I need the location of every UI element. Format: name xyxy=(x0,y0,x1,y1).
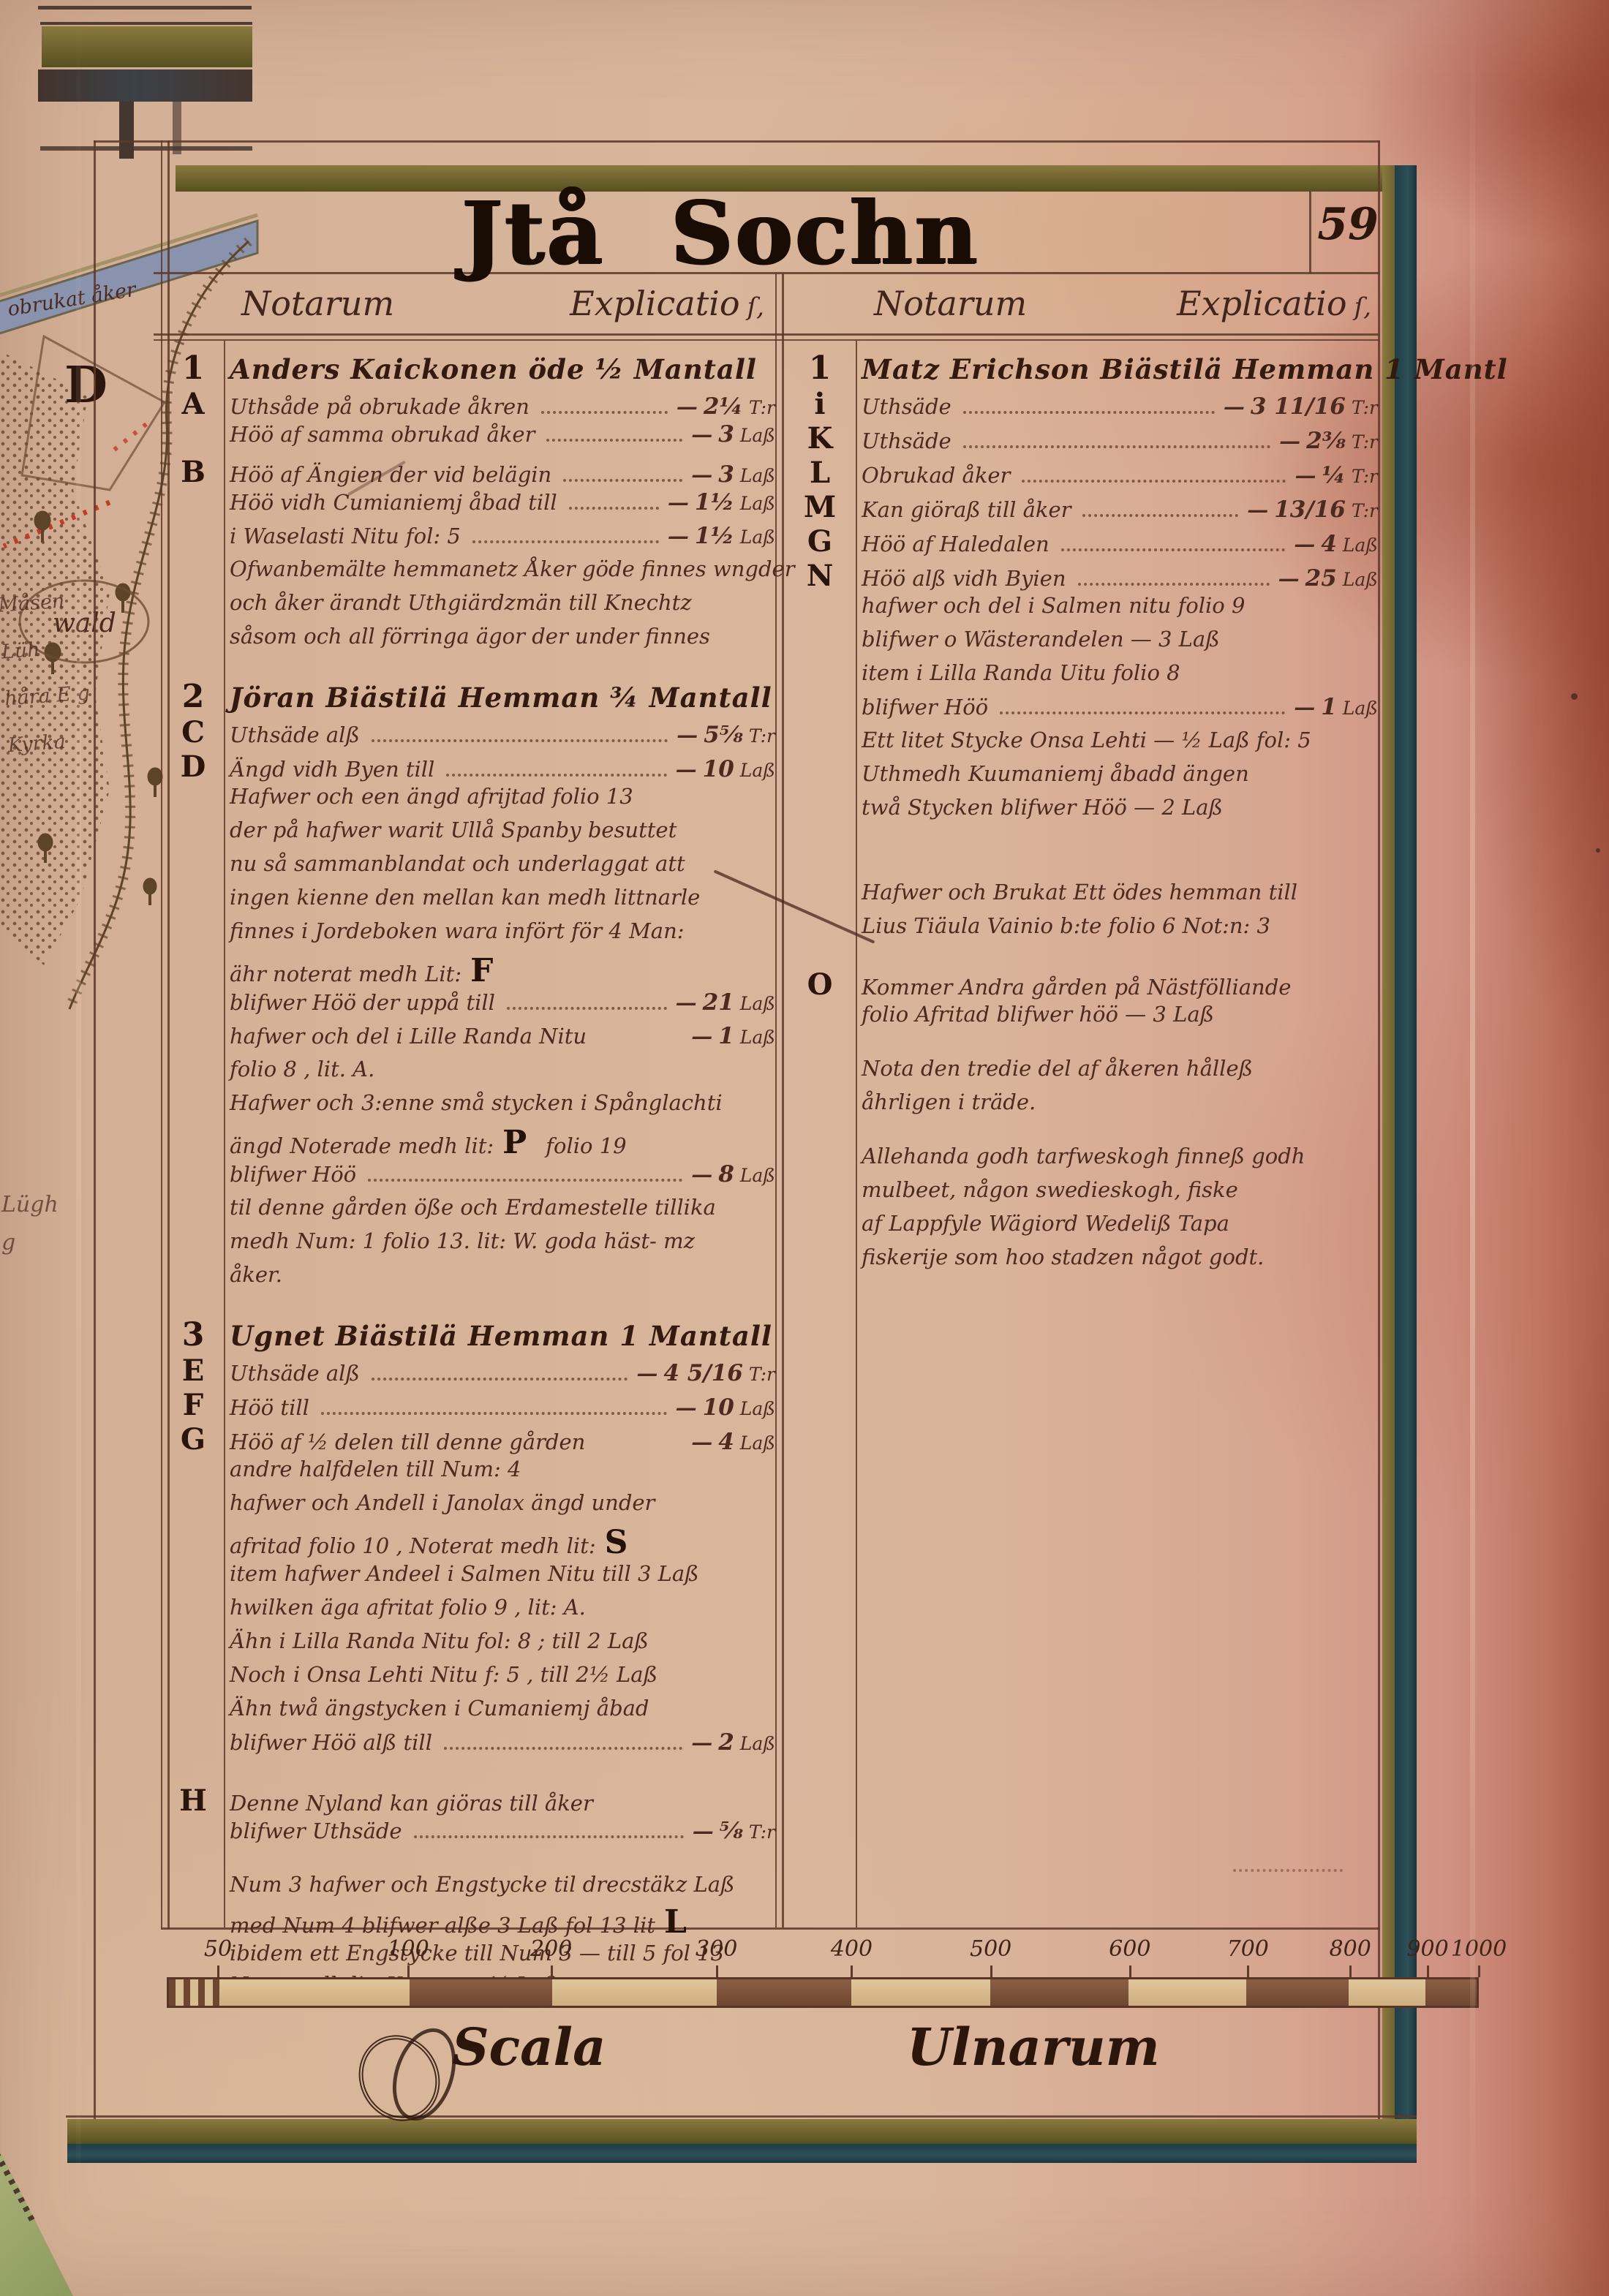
line-text: Lius Tiäula Vainio b:te folio 6 Not:n: 3 xyxy=(856,913,1270,938)
line-text: Uthsäde xyxy=(856,428,952,453)
margin-note: Lügh xyxy=(1,1186,67,1224)
line-text: twå Stycken blifwer Höö — 2 Laß xyxy=(856,795,1223,820)
ledger-line: afritad folio 10 , Noterat medh lit:S xyxy=(162,1524,775,1561)
ledger-line: iUthsäde—3 11/16T:r xyxy=(784,387,1378,421)
margin-letter: A xyxy=(162,387,224,421)
line-unit: T:r xyxy=(1352,466,1378,487)
value-dash: — xyxy=(691,462,712,487)
line-unit: T:r xyxy=(1352,500,1378,521)
scale-tick-mark xyxy=(217,1965,219,1977)
line-value: 8 xyxy=(718,1161,734,1187)
line-text: finnes i Jordeboken wara infört för 4 Ma… xyxy=(224,918,685,943)
ledger-column-left: 1Anders Kaickonen öde ½ MantallAUthsåde … xyxy=(162,350,775,2024)
header-word: Notarum xyxy=(241,284,394,323)
ledger-line: hafwer och del i Salmen nitu folio 9 xyxy=(784,593,1378,627)
line-unit: Laß xyxy=(1343,569,1378,590)
ledger-line: Höö af samma obrukad åker—3Laß xyxy=(162,421,775,455)
line-text: der på hafwer warit Ullå Spanby besuttet xyxy=(224,817,677,842)
dot-leader xyxy=(472,540,659,543)
line-text: såsom och all förringa ägor der under fi… xyxy=(224,624,710,649)
ledger-entry: HDenne Nyland kan giöras till åkerblifwe… xyxy=(162,1783,775,1851)
line-text: blifwer o Wästerandelen — 3 Laß xyxy=(856,627,1220,652)
line-value: 13/16 xyxy=(1274,496,1346,523)
value-dash: — xyxy=(691,1024,712,1049)
page-number: 59 xyxy=(1315,199,1381,250)
reference-letter: P xyxy=(502,1124,527,1161)
page-crease xyxy=(1470,0,1475,2296)
line-text: Ofwanbemälte hemmanetz Åker göde finnes … xyxy=(224,556,795,581)
dot-leader xyxy=(1082,514,1238,517)
faint-dotted-line xyxy=(1233,1869,1343,1872)
line-text: Uthsäde alß xyxy=(224,722,360,747)
value-dash: — xyxy=(1247,497,1268,522)
line-text: ähr noterat medh Lit: xyxy=(224,962,461,986)
line-text: Uthsåde på obrukade åkren xyxy=(224,394,530,419)
ledger-line: ähr noterat medh Lit:F xyxy=(162,952,775,989)
ledger-line: OKommer Andra gården på Nästfölliande xyxy=(784,967,1378,1002)
line-text: Uthsäde alß xyxy=(224,1361,360,1386)
scale-tick-label: 700 xyxy=(1227,1936,1269,1962)
line-text: item i Lilla Randa Uitu folio 8 xyxy=(856,660,1180,685)
value-dash: — xyxy=(691,1730,712,1755)
ledger-line: twå Stycken blifwer Höö — 2 Laß xyxy=(784,795,1378,828)
scale-segment xyxy=(990,1979,1129,2006)
value-dash: — xyxy=(691,1162,712,1187)
ledger-line: AUthsåde på obrukade åkren—2¼T:r xyxy=(162,387,775,421)
ledger-line: mulbeet, någon swedieskogh, fiske xyxy=(784,1177,1378,1211)
table-bottom-olive-band xyxy=(67,2119,1417,2144)
ledger-line: hafwer och Andell i Janolax ängd under xyxy=(162,1490,775,1524)
line-text: Höö vidh Cumianiemj åbad till xyxy=(224,490,557,515)
line-value: 1 xyxy=(1321,694,1337,720)
line-text: blifwer Höö der uppå till xyxy=(224,990,495,1015)
line-unit: T:r xyxy=(1352,431,1378,453)
ledger-line: ängd Noterade medh lit:Pfolio 19 xyxy=(162,1124,775,1161)
scale-tick-label: 400 xyxy=(831,1936,873,1962)
line-text: medh Num: 1 folio 13. lit: W. goda häst-… xyxy=(224,1228,695,1253)
ledger-line: Ofwanbemälte hemmanetz Åker göde finnes … xyxy=(162,556,775,590)
line-text: hafwer och Andell i Janolax ängd under xyxy=(224,1490,655,1515)
line-value: 5⅝ xyxy=(704,722,743,748)
line-text: Ähn i Lilla Randa Nitu fol: 8 ; till 2 L… xyxy=(224,1628,649,1653)
ledger-line: NHöö alß vidh Byien—25Laß xyxy=(784,559,1378,593)
ledger-entry: 1Anders Kaickonen öde ½ MantallAUthsåde … xyxy=(162,350,775,657)
ledger-line: i Waselasti Nitu fol: 5—1½Laß xyxy=(162,523,775,556)
table-bottom-line xyxy=(66,2115,1417,2118)
margin-letter: D xyxy=(162,749,224,784)
value-dash: — xyxy=(693,1819,714,1843)
table-right-olive-band xyxy=(1382,165,1395,2144)
line-unit: Laß xyxy=(740,1398,775,1419)
entry-number: 1 xyxy=(784,350,856,387)
ledger-line: medh Num: 1 folio 13. lit: W. goda häst-… xyxy=(162,1228,775,1262)
ledger-line: Num 3 hafwer och Engstycke til drecstäkz… xyxy=(162,1872,775,1903)
scale-tick-mark xyxy=(1427,1965,1429,1977)
ledger-line: DÄngd vidh Byen till—10Laß xyxy=(162,749,775,784)
ledger-line: finnes i Jordeboken wara infört för 4 Ma… xyxy=(162,918,775,952)
reference-letter: S xyxy=(605,1524,628,1561)
line-text: med Num 4 blifwer alße 3 Laß fol 13 lit xyxy=(224,1913,655,1938)
scale-tick-mark xyxy=(1129,1965,1131,1977)
line-text: folio Afritad blifwer höö — 3 Laß xyxy=(856,1002,1214,1027)
entry-heading: 3Ugnet Biästilä Hemman 1 Mantall xyxy=(162,1316,775,1353)
scale-segment xyxy=(1128,1979,1246,2006)
map-parcel-letter: D xyxy=(64,356,108,415)
ledger-line: Höö vidh Cumianiemj åbad till—1½Laß xyxy=(162,489,775,523)
scale-tick-mark xyxy=(851,1965,853,1977)
line-value: ¼ xyxy=(1322,462,1345,488)
entry-heading-text: Jöran Biästilä Hemman ¾ Mantall xyxy=(224,681,772,714)
line-text: nu så sammanblandat och underlaggat att xyxy=(224,851,685,876)
ledger-line: nu så sammanblandat och underlaggat att xyxy=(162,851,775,885)
dot-leader xyxy=(963,445,1270,448)
line-text: Höö af Haledalen xyxy=(856,532,1050,556)
header-word: Explicatioſ, xyxy=(570,284,764,323)
line-value: 3 11/16 xyxy=(1251,393,1346,420)
ledger-line: GHöö af ½ delen till denne gården—4Laß xyxy=(162,1422,775,1457)
ink-speck xyxy=(1596,848,1600,853)
margin-letter: G xyxy=(162,1422,224,1457)
ledger-line: af Lappfyle Wägiord Wedeliß Tapa xyxy=(784,1211,1378,1245)
ledger-line: Ähn i Lilla Randa Nitu fol: 8 ; till 2 L… xyxy=(162,1628,775,1662)
column-header-left: Notarum Explicatioſ, xyxy=(241,284,764,335)
scale-tick-label: 800 xyxy=(1330,1936,1371,1962)
ledger-line: der på hafwer warit Ullå Spanby besuttet xyxy=(162,817,775,851)
ledger-line: ingen kienne den mellan kan medh littnar… xyxy=(162,885,775,918)
margin-notes: Måsen Lüh håra E g Kyrka xyxy=(0,576,105,769)
ledger-line: med Num 4 blifwer alße 3 Laß fol 13 litL xyxy=(162,1903,775,1941)
value-dash: — xyxy=(1279,428,1300,453)
line-text: blifwer Höö alß till xyxy=(224,1730,432,1755)
line-text: ingen kienne den mellan kan medh littnar… xyxy=(224,885,700,910)
line-unit: Laß xyxy=(740,993,775,1014)
ledger-line: Uthmedh Kuumaniemj åbadd ängen xyxy=(784,761,1378,795)
line-value: 1½ xyxy=(695,489,734,516)
scale-bar: 501002003004005006007008009001000 xyxy=(167,1936,1479,2017)
scale-tick-mark xyxy=(1349,1965,1352,1977)
scale-segment xyxy=(169,1979,220,2006)
dot-leader xyxy=(563,479,682,482)
dot-leader xyxy=(541,411,668,414)
scale-tick-label: 300 xyxy=(696,1936,737,1962)
ledger-line: fiskerije som hoo stadzen något godt. xyxy=(784,1245,1378,1278)
scale-segment xyxy=(1425,1979,1477,2006)
line-text: Uthmedh Kuumaniemj åbadd ängen xyxy=(856,761,1249,786)
line-text: i Waselasti Nitu fol: 5 xyxy=(224,524,461,548)
line-text: Denne Nyland kan giöras till åker xyxy=(224,1791,593,1816)
ledger-line: blifwer o Wästerandelen — 3 Laß xyxy=(784,627,1378,660)
line-text: blifwer Höö xyxy=(224,1162,356,1187)
dot-leader xyxy=(1022,480,1286,483)
scale-bar-track xyxy=(167,1977,1479,2008)
value-dash: — xyxy=(677,394,698,419)
line-text: Ett litet Stycke Onsa Lehti — ½ Laß fol:… xyxy=(856,728,1311,752)
line-unit: Laß xyxy=(740,465,775,486)
adjacent-frame-line xyxy=(40,146,252,151)
value-dash: — xyxy=(1294,695,1315,720)
ledger-line: GHöö af Haledalen—4Laß xyxy=(784,524,1378,559)
ledger-line: HDenne Nyland kan giöras till åker xyxy=(162,1783,775,1818)
ledger-entry: Nota den tredie del af åkeren hålleßåhrl… xyxy=(784,1056,1378,1123)
line-text: Höö alß vidh Byien xyxy=(856,566,1066,591)
header-flourish: ſ, xyxy=(747,292,764,322)
margin-note: Kyrka xyxy=(7,716,105,769)
line-value: 21 xyxy=(703,989,734,1016)
ledger-line: Ähn twå ängstycken i Cumaniemj åbad xyxy=(162,1696,775,1729)
column-header-right: Notarum Explicatioſ, xyxy=(874,284,1371,335)
scale-segment xyxy=(552,1979,717,2006)
dot-leader xyxy=(444,1747,682,1750)
ledger-entry: OKommer Andra gården på Nästfölliandefol… xyxy=(784,967,1378,1035)
line-text: hafwer och del i Lille Randa Nitu xyxy=(224,1024,587,1049)
line-unit: Laß xyxy=(740,425,775,446)
value-dash: — xyxy=(676,990,697,1015)
ledger-line: åker. xyxy=(162,1262,775,1296)
line-text: Num 3 hafwer och Engstycke til drecstäkz… xyxy=(224,1872,734,1897)
page-title-word: Jtå xyxy=(461,182,605,284)
ledger-line: hwilken äga afritat folio 9 , lit: A. xyxy=(162,1595,775,1628)
line-text: Hafwer och een ängd afrijtad folio 13 xyxy=(224,784,633,809)
manuscript-page: obrukat åker D wald Måsen Lüh håra E g K… xyxy=(0,0,1609,2296)
scale-segment xyxy=(717,1979,851,2006)
line-text: och åker ärandt Uthgiärdzmän till Knecht… xyxy=(224,590,692,615)
line-text: af Lappfyle Wägiord Wedeliß Tapa xyxy=(856,1211,1229,1236)
line-text: mulbeet, någon swedieskogh, fiske xyxy=(856,1177,1238,1202)
scale-tick-label: 600 xyxy=(1109,1936,1150,1962)
line-text: åhrligen i träde. xyxy=(856,1090,1036,1114)
entry-heading-text: Ugnet Biästilä Hemman 1 Mantall xyxy=(224,1320,772,1352)
ledger-line: Allehanda godh tarfweskogh finneß godh xyxy=(784,1144,1378,1177)
ledger-line: BHöö af Ängien der vid belägin—3Laß xyxy=(162,455,775,489)
dot-leader xyxy=(507,1007,667,1010)
value-dash: — xyxy=(676,757,697,782)
header-flourish: ſ, xyxy=(1354,292,1371,322)
margin-letter: i xyxy=(784,387,856,421)
ledger-line: blifwer Höö—8Laß xyxy=(162,1161,775,1195)
value-dash: — xyxy=(1294,532,1315,556)
line-text: Höö af ½ delen till denne gården xyxy=(224,1430,585,1454)
ledger-entry: 3Ugnet Biästilä Hemman 1 MantallEUthsäde… xyxy=(162,1316,775,1763)
entry-heading: 2Jöran Biästilä Hemman ¾ Mantall xyxy=(162,678,775,715)
line-text: item hafwer Andeel i Salmen Nitu till 3 … xyxy=(224,1561,699,1586)
line-text: afritad folio 10 , Noterat medh lit: xyxy=(224,1533,596,1558)
line-text: Höö till xyxy=(224,1395,309,1420)
margin-letter: O xyxy=(784,967,856,1002)
ledger-line: och åker ärandt Uthgiärdzmän till Knecht… xyxy=(162,590,775,624)
table-bottom-blue-band xyxy=(67,2144,1417,2163)
value-dash: — xyxy=(668,524,689,548)
line-unit: Laß xyxy=(1343,698,1378,719)
reference-letter: L xyxy=(664,1903,687,1941)
line-value: 10 xyxy=(703,1394,734,1421)
line-text: andre halfdelen till Num: 4 xyxy=(224,1457,521,1481)
line-text: ängd Noterade medh lit: xyxy=(224,1133,494,1158)
entry-number: 2 xyxy=(162,678,224,715)
line-value: 4 xyxy=(718,1429,734,1455)
entry-heading: 1Anders Kaickonen öde ½ Mantall xyxy=(162,350,775,387)
value-dash: — xyxy=(1295,463,1316,488)
line-unit: Laß xyxy=(740,1165,775,1186)
ledger-line: item i Lilla Randa Uitu folio 8 xyxy=(784,660,1378,694)
ledger-line: LObrukad åker—¼T:r xyxy=(784,456,1378,490)
line-unit: T:r xyxy=(1352,397,1378,418)
scale-segment xyxy=(1246,1979,1348,2006)
ledger-line: hafwer och del i Lille Randa Nitu—1Laß xyxy=(162,1023,775,1057)
scale-tick-label: 500 xyxy=(970,1936,1011,1962)
margin-letter: C xyxy=(162,715,224,749)
ledger-line: FHöö till—10Laß xyxy=(162,1388,775,1422)
ledger-line xyxy=(784,828,1378,880)
scale-tick-mark xyxy=(407,1965,410,1977)
scale-tick-mark xyxy=(551,1965,553,1977)
line-value: 1 xyxy=(718,1023,734,1049)
line-value: 10 xyxy=(703,756,734,782)
entry-number: 1 xyxy=(162,350,224,387)
value-dash: — xyxy=(668,490,689,515)
value-dash: — xyxy=(691,1430,712,1454)
line-unit: Laß xyxy=(740,1733,775,1754)
page-crease xyxy=(76,0,81,2296)
margin-letter: G xyxy=(784,524,856,559)
line-text: Obrukad åker xyxy=(856,463,1010,488)
line-text: fiskerije som hoo stadzen något godt. xyxy=(856,1245,1264,1269)
dot-leader xyxy=(963,411,1215,414)
ledger-entry: Allehanda godh tarfweskogh finneß godhmu… xyxy=(784,1144,1378,1278)
scale-caption-word: Ulnarum xyxy=(907,2017,1160,2077)
margin-letter: H xyxy=(162,1783,224,1818)
table-right-inner-line xyxy=(1378,140,1380,2123)
adjacent-frame-line xyxy=(40,22,252,25)
scale-tick-mark xyxy=(1478,1965,1480,1977)
line-text: hafwer och del i Salmen nitu folio 9 xyxy=(856,593,1245,618)
ledger-line: folio 8 , lit. A. xyxy=(162,1057,775,1090)
reference-letter: F xyxy=(470,952,493,989)
margin-letter: M xyxy=(784,490,856,524)
ledger-line: Hafwer och een ängd afrijtad folio 13 xyxy=(162,784,775,817)
value-dash: — xyxy=(677,722,698,747)
line-text: Noch i Onsa Lehti Nitu f: 5 , till 2½ La… xyxy=(224,1662,657,1687)
scale-tick-label: 900 xyxy=(1406,1936,1448,1962)
ledger-line: item hafwer Andeel i Salmen Nitu till 3 … xyxy=(162,1561,775,1595)
scale-segment xyxy=(851,1979,990,2006)
scale-tick-label: 50 xyxy=(204,1936,232,1962)
line-unit: T:r xyxy=(749,397,775,418)
line-unit: T:r xyxy=(749,1821,775,1843)
line-text: Hafwer och Brukat Ett ödes hemman till xyxy=(856,880,1297,905)
line-text: Ähn twå ängstycken i Cumaniemj åbad xyxy=(224,1696,649,1721)
margin-note: Måsen Lüh xyxy=(0,576,98,676)
value-dash: — xyxy=(1278,566,1300,591)
scale-tick-mark xyxy=(716,1965,718,1977)
line-text: Allehanda godh tarfweskogh finneß godh xyxy=(856,1144,1305,1168)
line-value: 4 xyxy=(1321,531,1337,557)
margin-letter: N xyxy=(784,559,856,593)
ledger-line: åhrligen i träde. xyxy=(784,1090,1378,1123)
adjacent-frame-line xyxy=(38,6,252,10)
ledger-line: til denne gården öße och Erdamestelle ti… xyxy=(162,1195,775,1228)
line-text: Hafwer och 3:enne små stycken i Spånglac… xyxy=(224,1090,723,1115)
dot-leader xyxy=(1000,711,1285,714)
margin-letter: E xyxy=(162,1353,224,1388)
entry-heading-text: Matz Erichson Biästilä Hemman 1 Mantl xyxy=(856,353,1508,385)
ledger-line: Hafwer och 3:enne små stycken i Spånglac… xyxy=(162,1090,775,1124)
line-text: hwilken äga afritat folio 9 , lit: A. xyxy=(224,1595,586,1620)
scale-tick-label: 100 xyxy=(387,1936,429,1962)
value-dash: — xyxy=(676,1395,697,1420)
margin-letter: L xyxy=(784,456,856,490)
margin-note: håra E g xyxy=(3,669,101,722)
line-unit: Laß xyxy=(740,1027,775,1048)
line-text: åker. xyxy=(224,1262,282,1287)
margin-letter: B xyxy=(162,455,224,489)
table-top-line xyxy=(94,140,1379,143)
ledger-line: CUthsäde alß—5⅝T:r xyxy=(162,715,775,749)
column-divider-line xyxy=(775,273,777,1927)
page-title: Jtå Sochn xyxy=(314,174,1126,291)
line-value: 1½ xyxy=(695,523,734,549)
line-text: Kan giöraß till åker xyxy=(856,497,1071,522)
line-text: Nota den tredie del af åkeren hålleß xyxy=(856,1056,1253,1081)
line-value: 3 xyxy=(718,421,734,448)
line-unit: Laß xyxy=(740,1432,775,1454)
dot-leader xyxy=(321,1412,667,1415)
scale-segment xyxy=(220,1979,410,2006)
scale-tick-label: 1000 xyxy=(1451,1936,1507,1962)
ledger-line: KUthsäde—2⅜T:r xyxy=(784,421,1378,456)
header-word: Explicatioſ, xyxy=(1177,284,1371,323)
value-dash: — xyxy=(1224,394,1245,419)
margin-note: g xyxy=(1,1224,67,1262)
table-left-outer-line xyxy=(94,140,96,2123)
entry-number: 3 xyxy=(162,1316,224,1353)
ledger-line: folio Afritad blifwer höö — 3 Laß xyxy=(784,1002,1378,1035)
line-value: 2⅜ xyxy=(1306,428,1346,454)
ledger-line: blifwer Uthsäde—⅝T:r xyxy=(162,1818,775,1851)
line-text: Höö af samma obrukad åker xyxy=(224,422,535,447)
dot-leader xyxy=(372,739,668,742)
ledger-line: andre halfdelen till Num: 4 xyxy=(162,1457,775,1490)
ledger-line: blifwer Höö—1Laß xyxy=(784,694,1378,728)
dot-leader xyxy=(446,774,666,777)
line-unit: T:r xyxy=(749,725,775,747)
adjacent-frame-dark-band xyxy=(38,69,252,102)
dot-leader xyxy=(368,1179,682,1182)
dot-leader xyxy=(414,1835,684,1838)
scale-tick-mark xyxy=(1247,1965,1249,1977)
ledger-line: såsom och all förringa ägor der under fi… xyxy=(162,624,775,657)
margin-letter: F xyxy=(162,1388,224,1422)
dot-leader xyxy=(546,439,682,442)
line-value: 4 5/16 xyxy=(663,1360,742,1386)
line-text: blifwer Höö xyxy=(856,695,988,720)
line-value: 2¼ xyxy=(704,393,743,420)
scale-tick-mark xyxy=(990,1965,992,1977)
header-bottom-line xyxy=(154,339,1379,341)
entry-heading-text: Anders Kaickonen öde ½ Mantall xyxy=(224,353,757,385)
line-unit: Laß xyxy=(1343,535,1378,556)
dot-leader xyxy=(372,1378,628,1381)
value-dash: — xyxy=(636,1361,657,1386)
line-unit: Laß xyxy=(740,526,775,548)
scale-tick-label: 200 xyxy=(530,1936,572,1962)
line-text: blifwer Uthsäde xyxy=(224,1819,402,1843)
line-value: 3 xyxy=(718,461,734,488)
line-text: Kommer Andra gården på Nästfölliande xyxy=(856,975,1291,1000)
page-title-word: Sochn xyxy=(671,182,979,284)
line-text: Uthsäde xyxy=(856,394,952,419)
dot-leader xyxy=(1061,548,1286,551)
scale-caption-word: Scala xyxy=(452,2017,606,2077)
